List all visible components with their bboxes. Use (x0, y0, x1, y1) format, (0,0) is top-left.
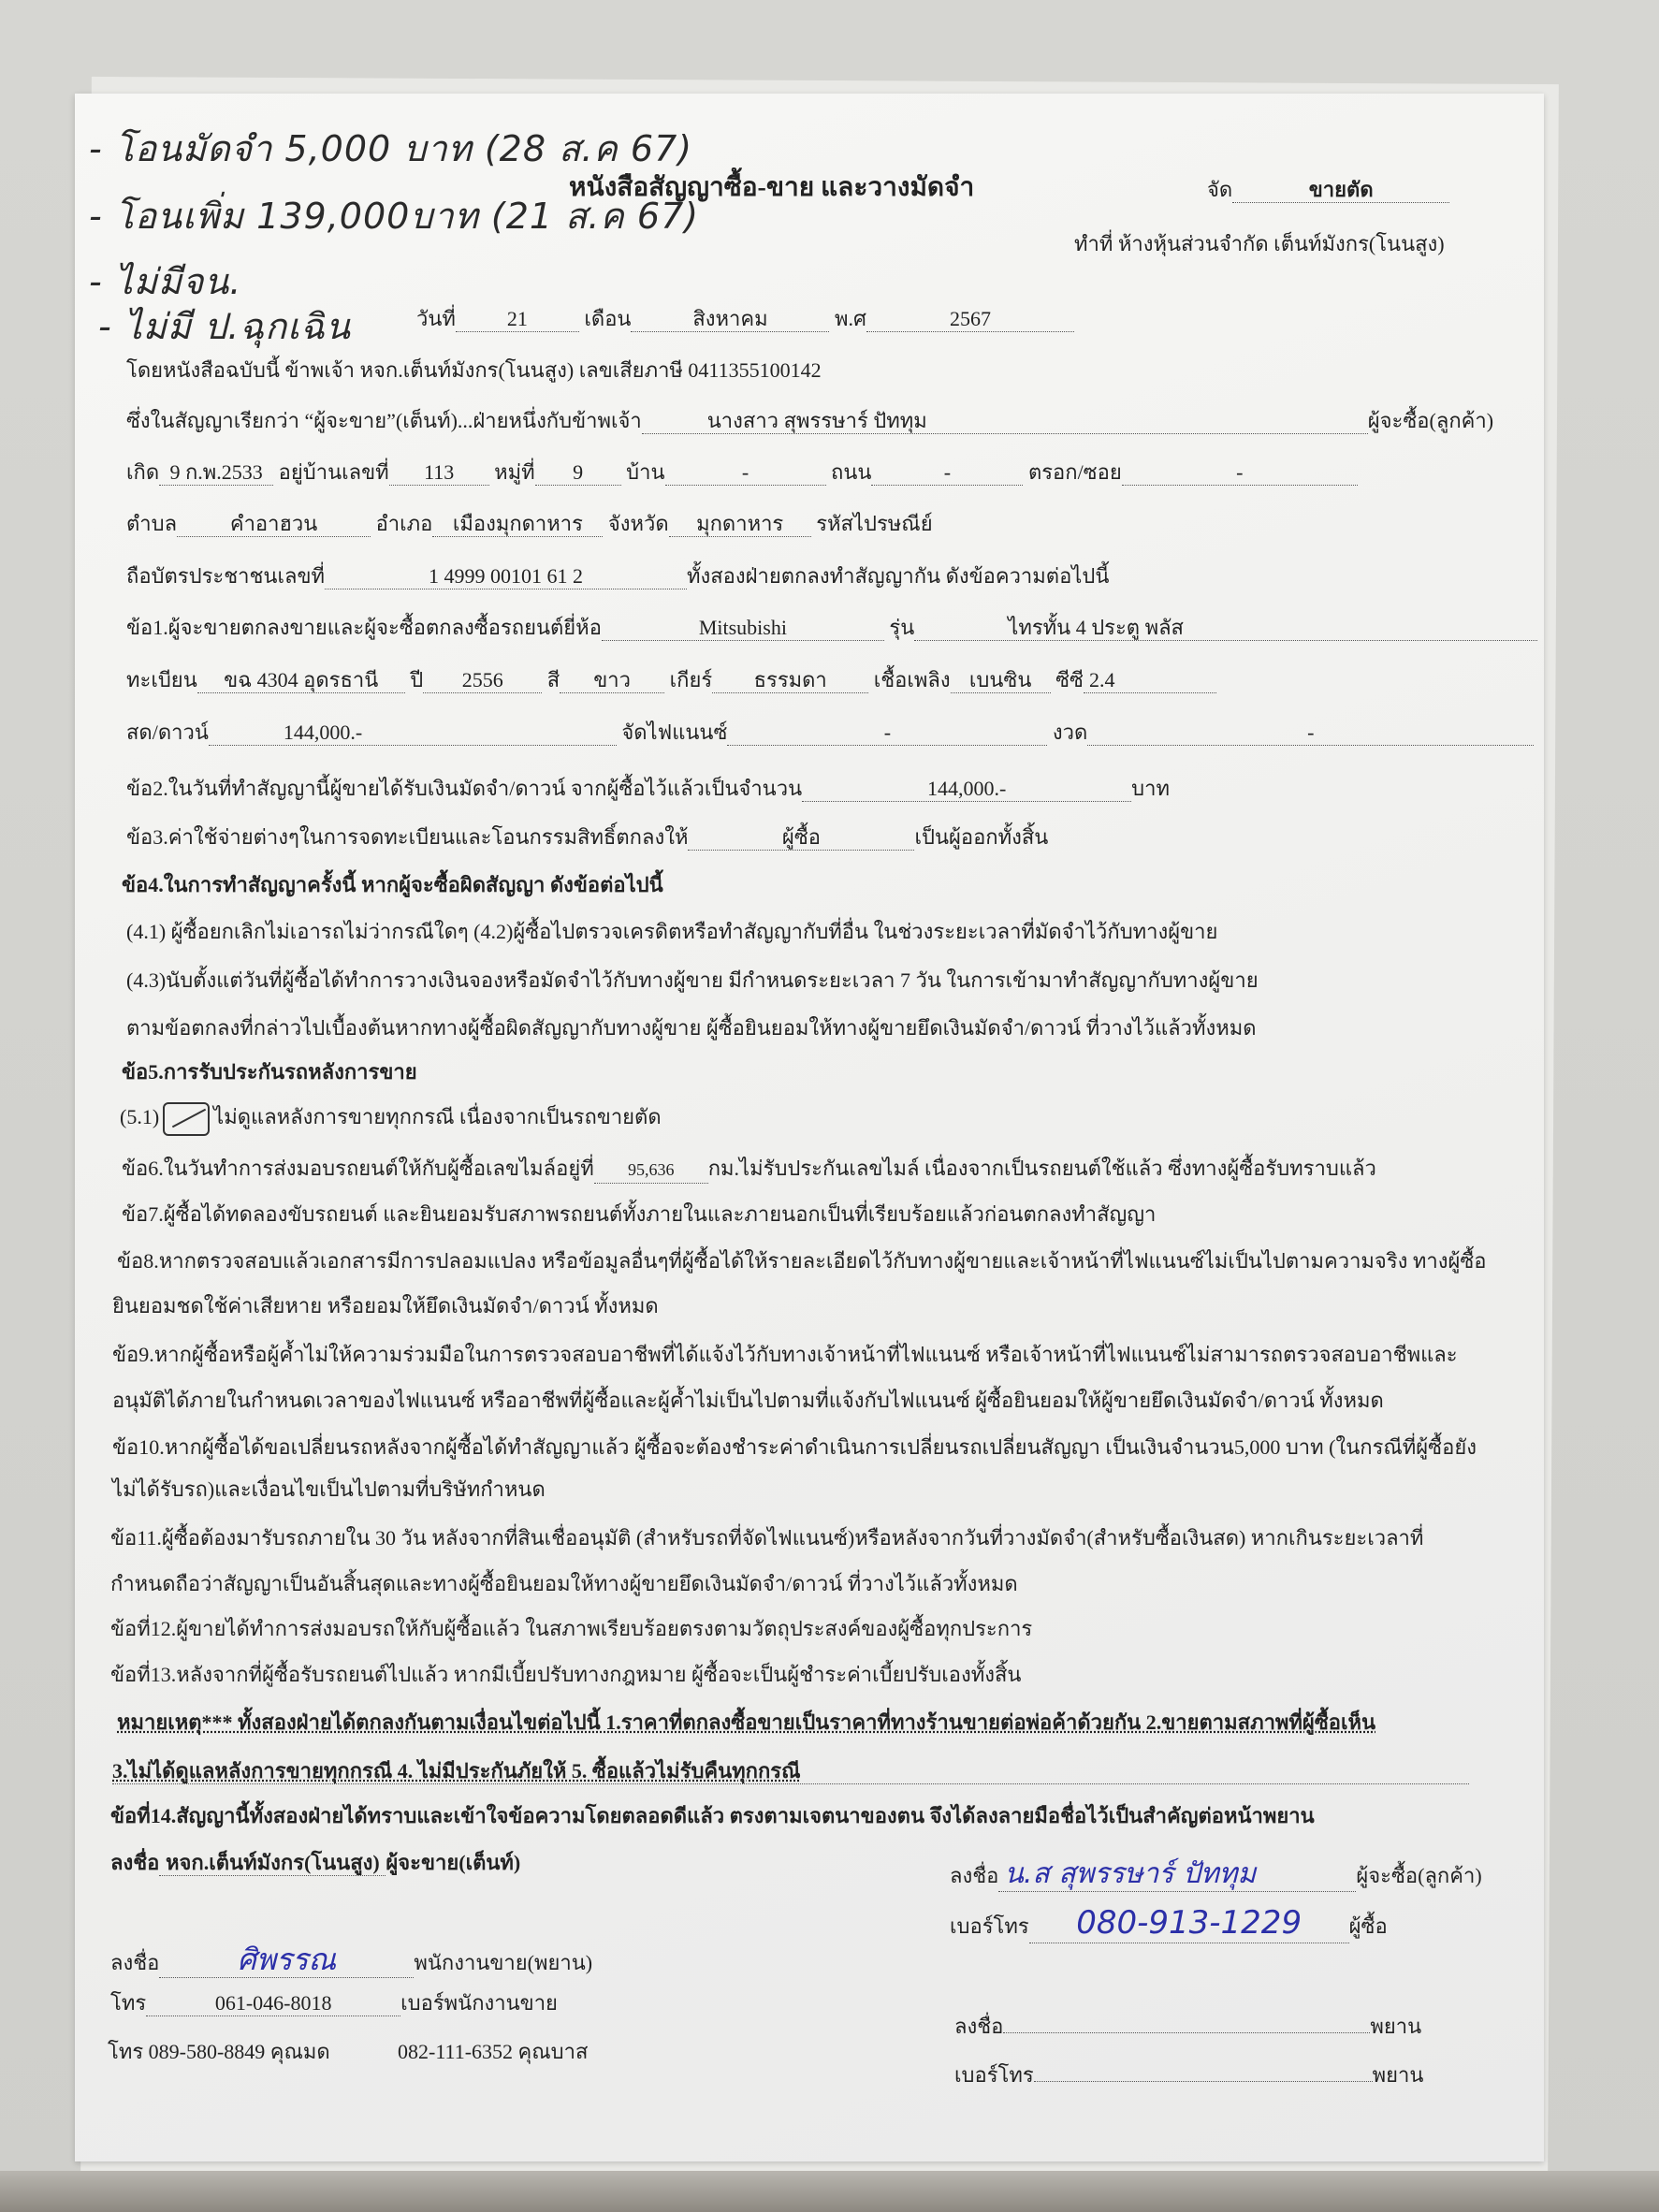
clause6-suffix: กม.ไม่รับประกันเลขไมล์ เนื่องจากเป็นรถยน… (708, 1157, 1376, 1180)
clause-9-line: อนุมัติได้ภายในกำหนดเวลาของไฟแนนซ์ หรืออ… (112, 1389, 1384, 1413)
clause2-text: ข้อ2.ในวันที่ทำสัญญานี้ผู้ขายได้รับเงินม… (126, 777, 802, 800)
sign-label: ลงชื่อ (950, 1864, 998, 1887)
clause-5-item: (5.1)ไม่ดูแลหลังการขายทุกกรณี เนื่องจากเ… (120, 1102, 662, 1136)
mileage-value: 95,636 (594, 1160, 708, 1184)
no-warranty-checkbox[interactable] (163, 1102, 210, 1136)
year-label: พ.ศ (835, 307, 866, 330)
buyer-phone-row: เบอร์โทร080-913-1229ผู้ซื้อ (950, 1904, 1388, 1943)
province-label: จังหวัด (608, 512, 669, 535)
clause-6: ข้อ6.ในวันทำการส่งมอบรถยนต์ให้กับผู้ซื้อ… (122, 1157, 1376, 1184)
moo-value: 9 (535, 460, 621, 486)
model-label: รุ่น (889, 616, 914, 639)
id-suffix: ทั้งสองฝ่ายตกลงทำสัญญากัน ดังข้อความต่อไ… (687, 564, 1109, 588)
road-label: ถนน (831, 460, 871, 484)
clause-8-line: ยินยอมชดใช้ค่าเสียหาย หรือยอมให้ยึดเงินม… (112, 1294, 659, 1318)
district-value: เมืองมุกดาหาร (432, 512, 603, 537)
moo-label: หมู่ที่ (494, 460, 535, 484)
note-line: หมายเหตุ*** ทั้งสองฝ่ายได้ตกลงกันตามเงื่… (117, 1710, 1375, 1735)
clause-11-line: กำหนดถือว่าสัญญาเป็นอันสิ้นสุดและทางผู้ซ… (110, 1572, 1018, 1596)
note-line: 3.ไม่ได้ดูแลหลังการขายทุกกรณี 4. ไม่มีปร… (112, 1759, 1469, 1784)
clause6-text: ข้อ6.ในวันทำการส่งมอบรถยนต์ให้กับผู้ซื้อ… (122, 1157, 594, 1180)
vehicle-brand-row: ข้อ1.ผู้จะขายตกลงขายและผู้จะซื้อตกลงซื้อ… (126, 616, 1537, 641)
witness-role: พยาน (1373, 2063, 1424, 2087)
sale-type-label: จัด (1207, 178, 1232, 201)
fuel-value: เบนซิน (951, 668, 1051, 693)
fee-payer: ผู้ซื้อ (688, 825, 914, 851)
cash-value: 144,000.- (209, 720, 617, 746)
phone-label: โทร (110, 1991, 146, 2015)
staff-signature-row: ลงชื่อศิพรรณพนักงานขาย(พยาน) (110, 1942, 592, 1978)
clause3-text: ข้อ3.ค่าใช้จ่ายต่างๆในการจดทะเบียนและโอน… (126, 825, 688, 849)
clause-5-heading: ข้อ5.การรับประกันรถหลังการขาย (122, 1060, 417, 1084)
clause-10-line: ข้อ10.หากผู้ซื้อได้ขอเปลี่ยนรถหลังจากผู้… (112, 1435, 1477, 1460)
contract-date: วันที่21 เดือนสิงหาคม พ.ศ2567 (416, 307, 1074, 332)
sign-label: ลงชื่อ (954, 2015, 1003, 2038)
road-value: - (871, 460, 1023, 486)
clause-13: ข้อที่13.หลังจากที่ผู้ซื้อรับรถยนต์ไปแล้… (110, 1663, 1021, 1687)
clause-8-line: ข้อ8.หากตรวจสอบแล้วเอกสารมีการปลอมแปลง ห… (117, 1249, 1487, 1273)
month-label: เดือน (584, 307, 631, 330)
intro-text: โดยหนังสือฉบับนี้ ข้าพเจ้า หจก.เต็นท์มัง… (126, 358, 822, 383)
currency-unit: บาท (1131, 777, 1170, 800)
id-value: 1 4999 00101 61 2 (325, 564, 687, 589)
soi-value: - (1122, 460, 1358, 486)
buyer-prefix: ซึ่งในสัญญาเรียกว่า “ผู้จะขาย”(เต็นท์)..… (126, 409, 642, 432)
color-value: ขาว (560, 668, 664, 693)
witness-role: พยาน (1370, 2015, 1421, 2038)
handwritten-note: - ไม่มี ป.ฉุกเฉิน (98, 298, 351, 355)
district-label: อำเภอ (376, 512, 433, 535)
cc-value: 2.4 (1084, 668, 1216, 693)
payment-row: สด/ดาวน์144,000.- จัดไฟแนนซ์- งวด- (126, 720, 1534, 746)
gear-value: ธรรมดา (712, 668, 868, 693)
staff-role: พนักงานขาย(พยาน) (414, 1951, 592, 1974)
buyer-role: ผู้จะซื้อ(ลูกค้า) (1368, 409, 1493, 432)
buyer-signature: น.ส สุพรรษาร์ ปัททุม (998, 1857, 1356, 1892)
contact-1: โทร 089-580-8849 คุณมด (108, 2040, 330, 2064)
id-label: ถือบัตรประชาชนเลขที่ (126, 564, 325, 588)
clause1-label: ข้อ1.ผู้จะขายตกลงขายและผู้จะซื้อตกลงซื้อ… (126, 616, 602, 639)
deposit-amount: 144,000.- (802, 777, 1131, 802)
made-at: ทำที่ ห้างหุ้นส่วนจำกัด เต็นท์มังกร(โนนส… (1074, 232, 1445, 256)
vehicle-year-label: ปี (410, 668, 423, 691)
born-label: เกิด (126, 460, 159, 484)
clause-10-line: ไม่ได้รับรถ)และเงื่อนไขเป็นไปตามที่บริษั… (112, 1477, 546, 1502)
clause-14: ข้อที่14.สัญญานี้ทั้งสองฝ่ายได้ทราบและเข… (110, 1804, 1315, 1828)
color-label: สี (547, 668, 560, 691)
year-value: 2567 (866, 307, 1074, 332)
cash-label: สด/ดาวน์ (126, 720, 209, 744)
buyer-phone-role: ผู้ซื้อ (1349, 1914, 1388, 1938)
seller-signature-row: ลงชื่อหจก.เต็นท์มังกร(โนนสูง)ผู้จะขาย(เต… (110, 1851, 520, 1876)
installment-label: งวด (1053, 720, 1087, 744)
month-value: สิงหาคม (631, 307, 829, 332)
clause-2: ข้อ2.ในวันที่ทำสัญญานี้ผู้ขายได้รับเงินม… (126, 777, 1170, 802)
buyer-name: นางสาว สุพรรษาร์ ปัททุม (642, 409, 1368, 434)
buyer-id-row: ถือบัตรประชาชนเลขที่1 4999 00101 61 2ทั้… (126, 564, 1109, 589)
village-label: บ้าน (626, 460, 664, 484)
document-title: หนังสือสัญญาซื้อ-ขาย และวางมัดจำ (569, 172, 974, 204)
born-value: 9 ก.พ.2533 (159, 460, 273, 486)
staff-phone-row: โทร061-046-8018เบอร์พนักงานขาย (110, 1991, 558, 2016)
sign-label: ลงชื่อ (110, 1851, 159, 1874)
clause-4-heading: ข้อ4.ในการทำสัญญาครั้งนี้ หากผู้จะซื้อผิ… (122, 873, 663, 897)
clause5-item-text: ไม่ดูแลหลังการขายทุกกรณี เนื่องจากเป็นรถ… (213, 1105, 661, 1128)
vehicle-year-value: 2556 (423, 668, 542, 693)
brand-value: Mitsubishi (602, 616, 884, 641)
soi-label: ตรอก/ซอย (1028, 460, 1122, 484)
reg-value: ขฉ 4304 อุดรธานี (197, 668, 405, 693)
table-surface (0, 2171, 1659, 2212)
house-label: อยู่บ้านเลขที่ (279, 460, 389, 484)
house-value: 113 (389, 460, 489, 486)
witness-phone-row: เบอร์โทรพยาน (954, 2059, 1423, 2088)
contact-2: 082-111-6352 คุณบาส (398, 2040, 588, 2064)
postcode-label: รหัสไปรษณีย์ (816, 512, 932, 535)
sale-type: จัดขายตัด (1207, 178, 1449, 203)
cc-label: ซีซี (1055, 668, 1084, 691)
clause-4-line: (4.3)นับตั้งแต่วันที่ผู้ซื้อได้ทำการวางเ… (126, 968, 1259, 993)
sign-label: ลงชื่อ (110, 1951, 159, 1974)
finance-value: - (727, 720, 1047, 746)
buyer-address-row: เกิด9 ก.พ.2533 อยู่บ้านเลขที่113 หมู่ที่… (126, 460, 1358, 486)
clause5-item-label: (5.1) (120, 1105, 159, 1128)
buyer-signature-row: ลงชื่อน.ส สุพรรษาร์ ปัททุมผู้จะซื้อ(ลูกค… (950, 1857, 1482, 1892)
subdistrict-label: ตำบล (126, 512, 177, 535)
clause-9-line: ข้อ9.หากผู้ซื้อหรือผู้ค้ำไม่ให้ความร่วมม… (112, 1343, 1458, 1367)
day-label: วันที่ (416, 307, 456, 330)
clause-12: ข้อที่12.ผู้ขายได้ทำการส่งมอบรถให้กับผู้… (110, 1617, 1032, 1641)
installment-value: - (1087, 720, 1534, 746)
witness-phone-label: เบอร์โทร (954, 2063, 1034, 2087)
sale-type-value: ขายตัด (1232, 178, 1449, 203)
day-value: 21 (456, 307, 579, 332)
buyer-region-row: ตำบลคำอาฮวน อำเภอเมืองมุกดาหาร จังหวัดมุ… (126, 512, 933, 537)
staff-signature: ศิพรรณ (159, 1942, 414, 1978)
village-value: - (665, 460, 826, 486)
vehicle-details-row: ทะเบียนขฉ 4304 อุดรธานี ปี2556 สีขาว เกี… (126, 668, 1216, 693)
model-value: ไทรทั้น 4 ประตู พลัส (914, 616, 1537, 641)
buyer-name-row: ซึ่งในสัญญาเรียกว่า “ผู้จะขาย”(เต็นท์)..… (126, 409, 1493, 434)
subdistrict-value: คำอาฮวน (177, 512, 371, 537)
buyer-phone-label: เบอร์โทร (950, 1914, 1029, 1938)
handwritten-note: - โอนมัดจำ 5,000 บาท (28 ส.ค 67) (89, 120, 692, 177)
clause-7: ข้อ7.ผู้ซื้อได้ทดลองขับรถยนต์ และยินยอมร… (122, 1202, 1156, 1227)
clause-4-line: ตามข้อตกลงที่กล่าวไปเบื้องต้นหากทางผู้ซื… (126, 1016, 1257, 1041)
clause-3: ข้อ3.ค่าใช้จ่ายต่างๆในการจดทะเบียนและโอน… (126, 825, 1048, 851)
buyer-phone: 080-913-1229 (1029, 1904, 1349, 1943)
clause-4-line: (4.1) ผู้ซื้อยกเลิกไม่เอารถไม่ว่ากรณีใดๆ… (126, 920, 1217, 944)
staff-phone-label: เบอร์พนักงานขาย (400, 1991, 558, 2015)
buyer-role: ผู้จะซื้อ(ลูกค้า) (1356, 1864, 1481, 1887)
clause3-suffix: เป็นผู้ออกทั้งสิ้น (914, 825, 1048, 849)
province-value: มุกดาหาร (669, 512, 811, 537)
finance-label: จัดไฟแนนซ์ (621, 720, 727, 744)
gear-label: เกียร์ (670, 668, 713, 691)
reg-label: ทะเบียน (126, 668, 197, 691)
seller-role: ผู้จะขาย(เต็นท์) (386, 1851, 520, 1874)
seller-name: หจก.เต็นท์มังกร(โนนสูง) (159, 1851, 386, 1876)
fuel-label: เชื้อเพลิง (874, 668, 951, 691)
witness-signature-row: ลงชื่อพยาน (954, 2010, 1421, 2039)
clause-11-line: ข้อ11.ผู้ซื้อต้องมารับรถภายใน 30 วัน หลั… (110, 1526, 1423, 1550)
staff-phone: 061-046-8018 (146, 1991, 400, 2016)
